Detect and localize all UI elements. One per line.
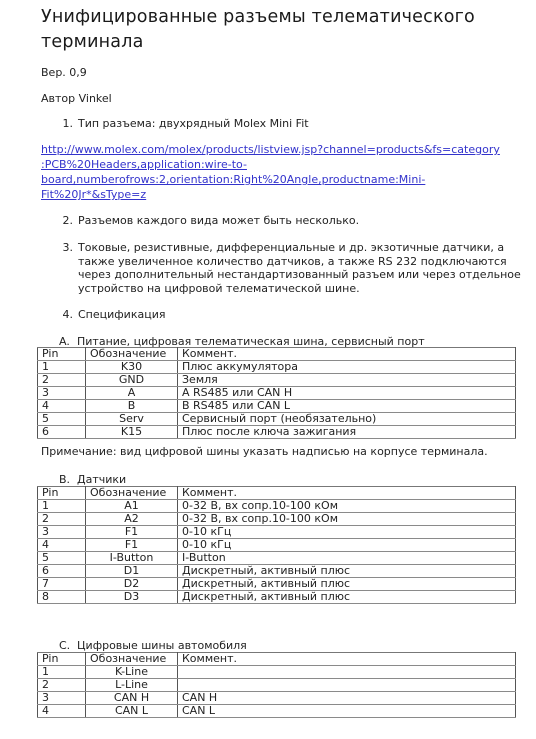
list-text: Тип разъема: двухрядный Molex Mini Fit [78,117,309,131]
table-row: 3AA RS485 или CAN H [38,387,516,400]
comment-cell: 0-10 кГц [178,526,516,539]
comment-cell: Плюс после ключа зажигания [178,426,516,439]
comment-cell: Дискретный, активный плюс [178,565,516,578]
table-row: 2A20-32 В, вх сопр.10-100 кОм [38,513,516,526]
link-line: Fit%20Jr*&sType=z [41,187,516,202]
pin-cell: 6 [38,565,86,578]
table-row: 3CAN HCAN H [38,692,516,705]
pin-table-b: PinОбозначениеКоммент.1A10-32 В, вх сопр… [37,486,516,604]
list-text: также увеличенное количество датчиков, а… [78,255,507,269]
comment-cell: Сервисный порт (необязательно) [178,413,516,426]
pin-cell: 2 [38,374,86,387]
designation-cell: B [86,400,178,413]
pin-cell: 2 [38,679,86,692]
comment-cell: B RS485 или CAN L [178,400,516,413]
table-header-row: PinОбозначениеКоммент. [38,348,516,361]
comment-cell: Коммент. [178,487,516,500]
section-c-title: C.Цифровые шины автомобиля [59,639,247,652]
table-row: 3F10-10 кГц [38,526,516,539]
table-row: 4BB RS485 или CAN L [38,400,516,413]
pin-cell: 1 [38,361,86,374]
pin-cell: 4 [38,539,86,552]
table-row: 1K-Line [38,666,516,679]
list-text: через дополнительный нестандартизованный… [78,268,521,282]
table-row: 4F10-10 кГц [38,539,516,552]
list-number: 4. [59,308,73,322]
pin-cell: 4 [38,400,86,413]
comment-cell: Дискретный, активный плюс [178,591,516,604]
table-row: 7D2Дискретный, активный плюс [38,578,516,591]
designation-cell: K-Line [86,666,178,679]
pin-cell: Pin [38,487,86,500]
designation-cell: CAN L [86,705,178,718]
table-row: 1A10-32 В, вх сопр.10-100 кОм [38,500,516,513]
comment-cell: Дискретный, активный плюс [178,578,516,591]
designation-cell: F1 [86,526,178,539]
table-row: 2GNDЗемля [38,374,516,387]
molex-link[interactable]: http://www.molex.com/molex/products/list… [41,142,516,202]
section-title-text: Цифровые шины автомобиля [77,639,247,652]
comment-cell: I-Button [178,552,516,565]
link-line: :PCB%20Headers,application:wire-to- [41,157,516,172]
comment-cell: A RS485 или CAN H [178,387,516,400]
designation-cell: Serv [86,413,178,426]
list-number: 2. [59,214,73,228]
list-text: устройство на цифровой телематической ши… [78,282,360,296]
comment-cell: Плюс аккумулятора [178,361,516,374]
designation-cell: Обозначение [86,653,178,666]
designation-cell: Обозначение [86,487,178,500]
list-number: 3. [59,241,73,255]
pin-cell: 8 [38,591,86,604]
designation-cell: A [86,387,178,400]
link-line: http://www.molex.com/molex/products/list… [41,142,516,157]
note: Примечание: вид цифровой шины указать на… [41,445,488,458]
pin-cell: 3 [38,387,86,400]
pin-cell: Pin [38,653,86,666]
designation-cell: K30 [86,361,178,374]
comment-cell: Земля [178,374,516,387]
designation-cell: D2 [86,578,178,591]
comment-cell: 0-32 В, вх сопр.10-100 кОм [178,513,516,526]
pin-cell: 3 [38,692,86,705]
pin-cell: 5 [38,413,86,426]
section-title-text: Датчики [77,473,126,486]
designation-cell: D3 [86,591,178,604]
pin-table-c: PinОбозначениеКоммент.1K-Line2L-Line3CAN… [37,652,516,718]
comment-cell: CAN L [178,705,516,718]
designation-cell: I-Button [86,552,178,565]
table-row: 5I-ButtonI-Button [38,552,516,565]
designation-cell: L-Line [86,679,178,692]
comment-cell: 0-10 кГц [178,539,516,552]
pin-cell: 2 [38,513,86,526]
designation-cell: K15 [86,426,178,439]
list-text: Токовые, резистивные, дифференциальные и… [78,241,504,255]
pin-cell: 7 [38,578,86,591]
designation-cell: A1 [86,500,178,513]
list-number: 1. [59,117,73,131]
comment-cell: Коммент. [178,348,516,361]
link-line: board,numberofrows:2,orientation:Right%2… [41,172,516,187]
comment-cell: 0-32 В, вх сопр.10-100 кОм [178,500,516,513]
comment-cell [178,666,516,679]
designation-cell: D1 [86,565,178,578]
designation-cell: Обозначение [86,348,178,361]
pin-cell: 1 [38,666,86,679]
comment-cell [178,679,516,692]
table-header-row: PinОбозначениеКоммент. [38,653,516,666]
section-letter: B. [59,473,77,486]
table-row: 5ServСервисный порт (необязательно) [38,413,516,426]
pin-cell: 1 [38,500,86,513]
table-row: 4CAN LCAN L [38,705,516,718]
designation-cell: F1 [86,539,178,552]
pin-table-a: PinОбозначениеКоммент.1K30Плюс аккумулят… [37,347,516,439]
author: Автор Vinkel [41,92,112,106]
designation-cell: CAN H [86,692,178,705]
page-title: Унифицированные разъемы телематического … [41,5,521,55]
pin-cell: 5 [38,552,86,565]
table-row: 1K30Плюс аккумулятора [38,361,516,374]
pin-cell: Pin [38,348,86,361]
pin-cell: 6 [38,426,86,439]
designation-cell: GND [86,374,178,387]
table-row: 2L-Line [38,679,516,692]
list-text: Спецификация [78,308,165,322]
table-row: 8D3Дискретный, активный плюс [38,591,516,604]
comment-cell: CAN H [178,692,516,705]
table-row: 6K15Плюс после ключа зажигания [38,426,516,439]
comment-cell: Коммент. [178,653,516,666]
section-b-title: B.Датчики [59,473,126,486]
version: Вер. 0,9 [41,66,87,80]
pin-cell: 3 [38,526,86,539]
table-header-row: PinОбозначениеКоммент. [38,487,516,500]
list-text: Разъемов каждого вида может быть несколь… [78,214,359,228]
section-letter: C. [59,639,77,652]
pin-cell: 4 [38,705,86,718]
designation-cell: A2 [86,513,178,526]
table-row: 6D1Дискретный, активный плюс [38,565,516,578]
